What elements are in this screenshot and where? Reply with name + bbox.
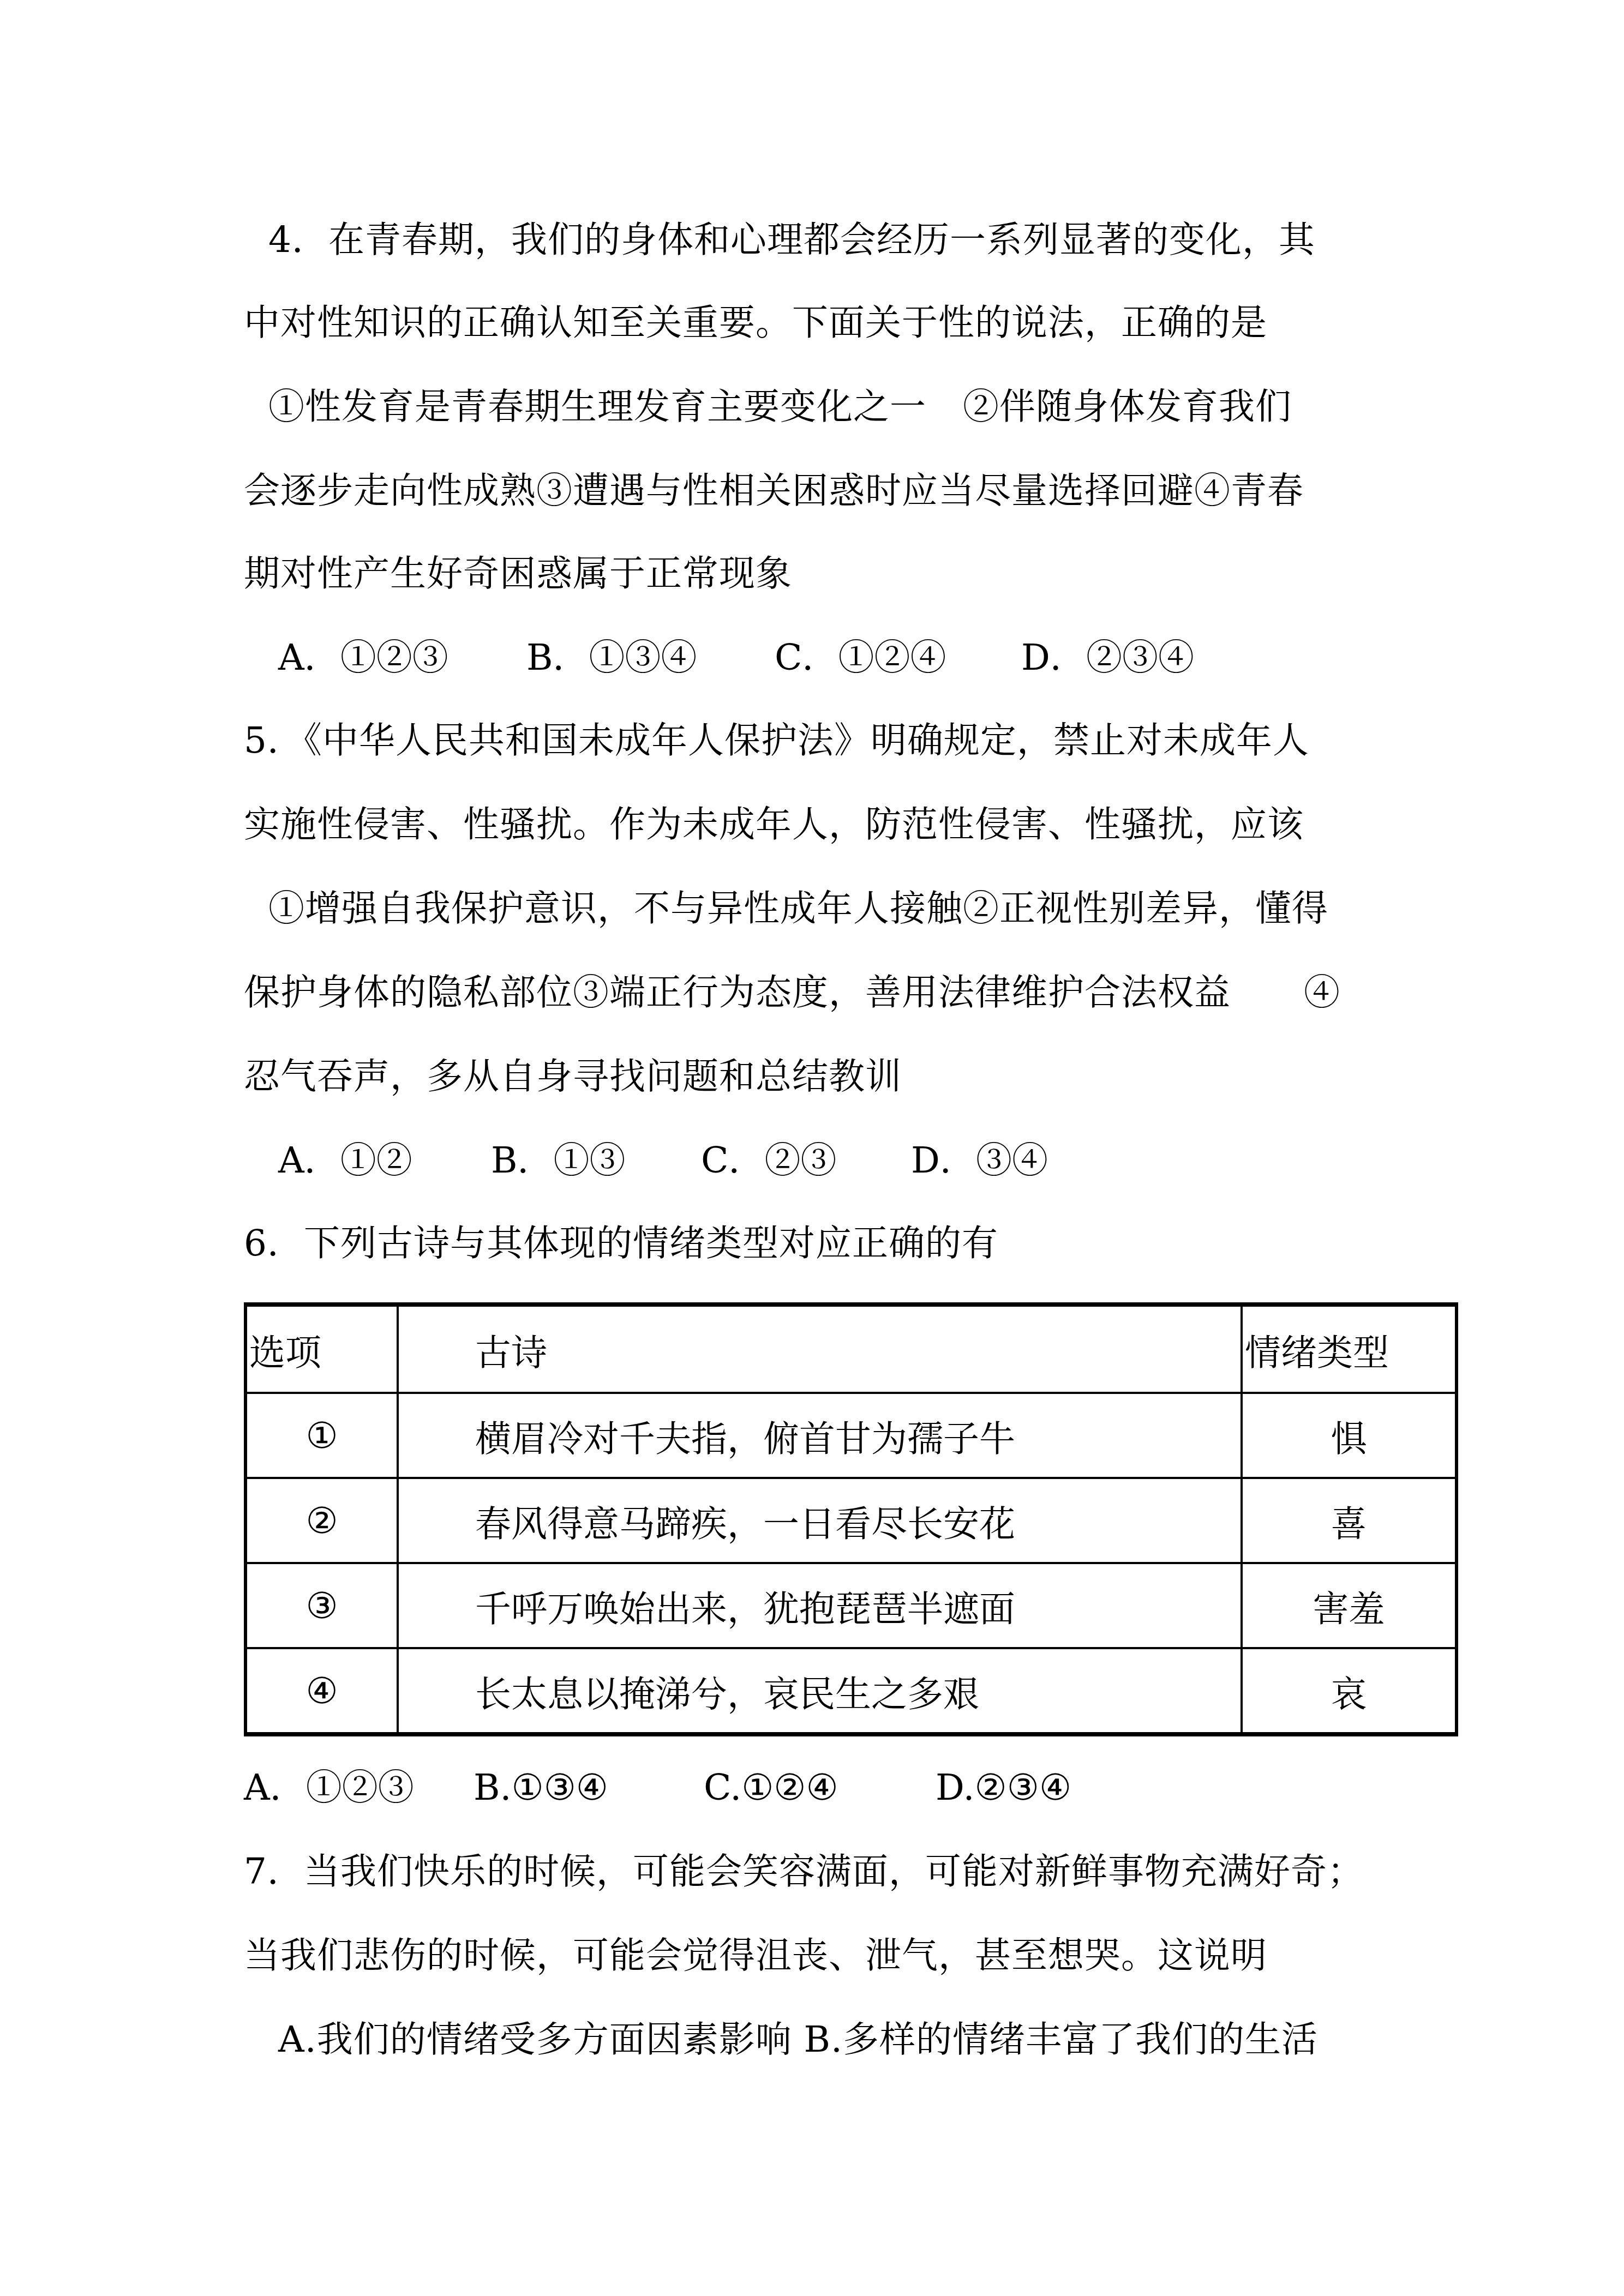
q5-statement-line-2: 保护身体的隐私部位③端正行为态度，善用法律维护合法权益 ④ — [244, 971, 1340, 1014]
q6-stem: 6．下列古诗与其体现的情绪类型对应正确的有 — [244, 1222, 998, 1265]
q4-stem-line-1: 4．在青春期，我们的身体和心理都会经历一系列显著的变化，其 — [268, 218, 1315, 262]
q4-statement-line-1: ①性发育是青春期生理发育主要变化之一 ②伴随身体发育我们 — [268, 385, 1292, 429]
q4-option-b[interactable]: B．①③④ — [526, 636, 697, 680]
q5-option-b[interactable]: B．①③ — [491, 1139, 626, 1182]
q7-stem-line-2: 当我们悲伤的时候，可能会觉得沮丧、泄气，甚至想哭。这说明 — [244, 1934, 1267, 1978]
q5-statement-line-3: 忍气吞声，多从自身寻找问题和总结教训 — [244, 1055, 902, 1098]
q7-options-line[interactable]: A.我们的情绪受多方面因素影响 B.多样的情绪丰富了我们的生活 — [278, 2018, 1318, 2061]
row-emotion: 害羞 — [1242, 1563, 1457, 1648]
header-option: 选项 — [245, 1305, 398, 1393]
q4-stem-line-2: 中对性知识的正确认知至关重要。下面关于性的说法，正确的是 — [244, 301, 1267, 345]
row-option: ① — [245, 1393, 398, 1478]
table-row: ④ 长太息以掩涕兮，哀民生之多艰 哀 — [245, 1648, 1457, 1734]
q4-option-c[interactable]: C．①②④ — [775, 636, 946, 680]
q5-option-d[interactable]: D．③④ — [911, 1139, 1048, 1182]
q4-option-a[interactable]: A．①②③ — [278, 636, 448, 680]
row-emotion: 哀 — [1242, 1648, 1457, 1734]
row-emotion: 惧 — [1242, 1393, 1457, 1478]
q5-stem-line-2: 实施性侵害、性骚扰。作为未成年人，防范性侵害、性骚扰，应该 — [244, 803, 1304, 846]
row-poem: 千呼万唤始出来，犹抱琵琶半遮面 — [398, 1563, 1242, 1648]
header-emotion: 情绪类型 — [1242, 1305, 1457, 1393]
q4-option-d[interactable]: D．②③④ — [1021, 636, 1194, 680]
q5-stem-line-1: 5．《中华人民共和国未成年人保护法》明确规定，禁止对未成年人 — [244, 719, 1309, 762]
row-option: ③ — [245, 1563, 398, 1648]
table-row: ③ 千呼万唤始出来，犹抱琵琶半遮面 害羞 — [245, 1563, 1457, 1648]
row-emotion: 喜 — [1242, 1478, 1457, 1563]
q5-statement-line-1: ①增强自我保护意识，不与异性成年人接触②正视性别差异，懂得 — [268, 887, 1328, 930]
row-poem: 横眉冷对千夫指，俯首甘为孺子牛 — [398, 1393, 1242, 1478]
q5-option-a[interactable]: A．①② — [278, 1139, 412, 1182]
table-row: ② 春风得意马蹄疾，一日看尽长安花 喜 — [245, 1478, 1457, 1563]
row-option: ② — [245, 1478, 398, 1563]
q5-option-c[interactable]: C．②③ — [701, 1139, 837, 1182]
row-option: ④ — [245, 1648, 398, 1734]
row-poem: 长太息以掩涕兮，哀民生之多艰 — [398, 1648, 1242, 1734]
q6-option-d[interactable]: D.②③④ — [936, 1766, 1071, 1810]
q6-option-c[interactable]: C.①②④ — [704, 1766, 838, 1810]
header-poem: 古诗 — [398, 1305, 1242, 1393]
q4-statement-line-2: 会逐步走向性成熟③遭遇与性相关困惑时应当尽量选择回避④青春 — [244, 469, 1304, 513]
q6-option-a[interactable]: A．①②③ — [244, 1766, 414, 1810]
poem-emotion-table: 选项 古诗 情绪类型 ① 横眉冷对千夫指，俯首甘为孺子牛 惧 ② 春风得意马蹄疾… — [244, 1302, 1458, 1736]
q4-statement-line-3: 期对性产生好奇困惑属于正常现象 — [244, 552, 792, 596]
q6-option-b[interactable]: B.①③④ — [474, 1766, 608, 1810]
q7-stem-line-1: 7．当我们快乐的时候，可能会笑容满面，可能对新鲜事物充满好奇； — [244, 1850, 1364, 1894]
row-poem: 春风得意马蹄疾，一日看尽长安花 — [398, 1478, 1242, 1563]
table-row: ① 横眉冷对千夫指，俯首甘为孺子牛 惧 — [245, 1393, 1457, 1478]
table-header-row: 选项 古诗 情绪类型 — [245, 1305, 1457, 1393]
